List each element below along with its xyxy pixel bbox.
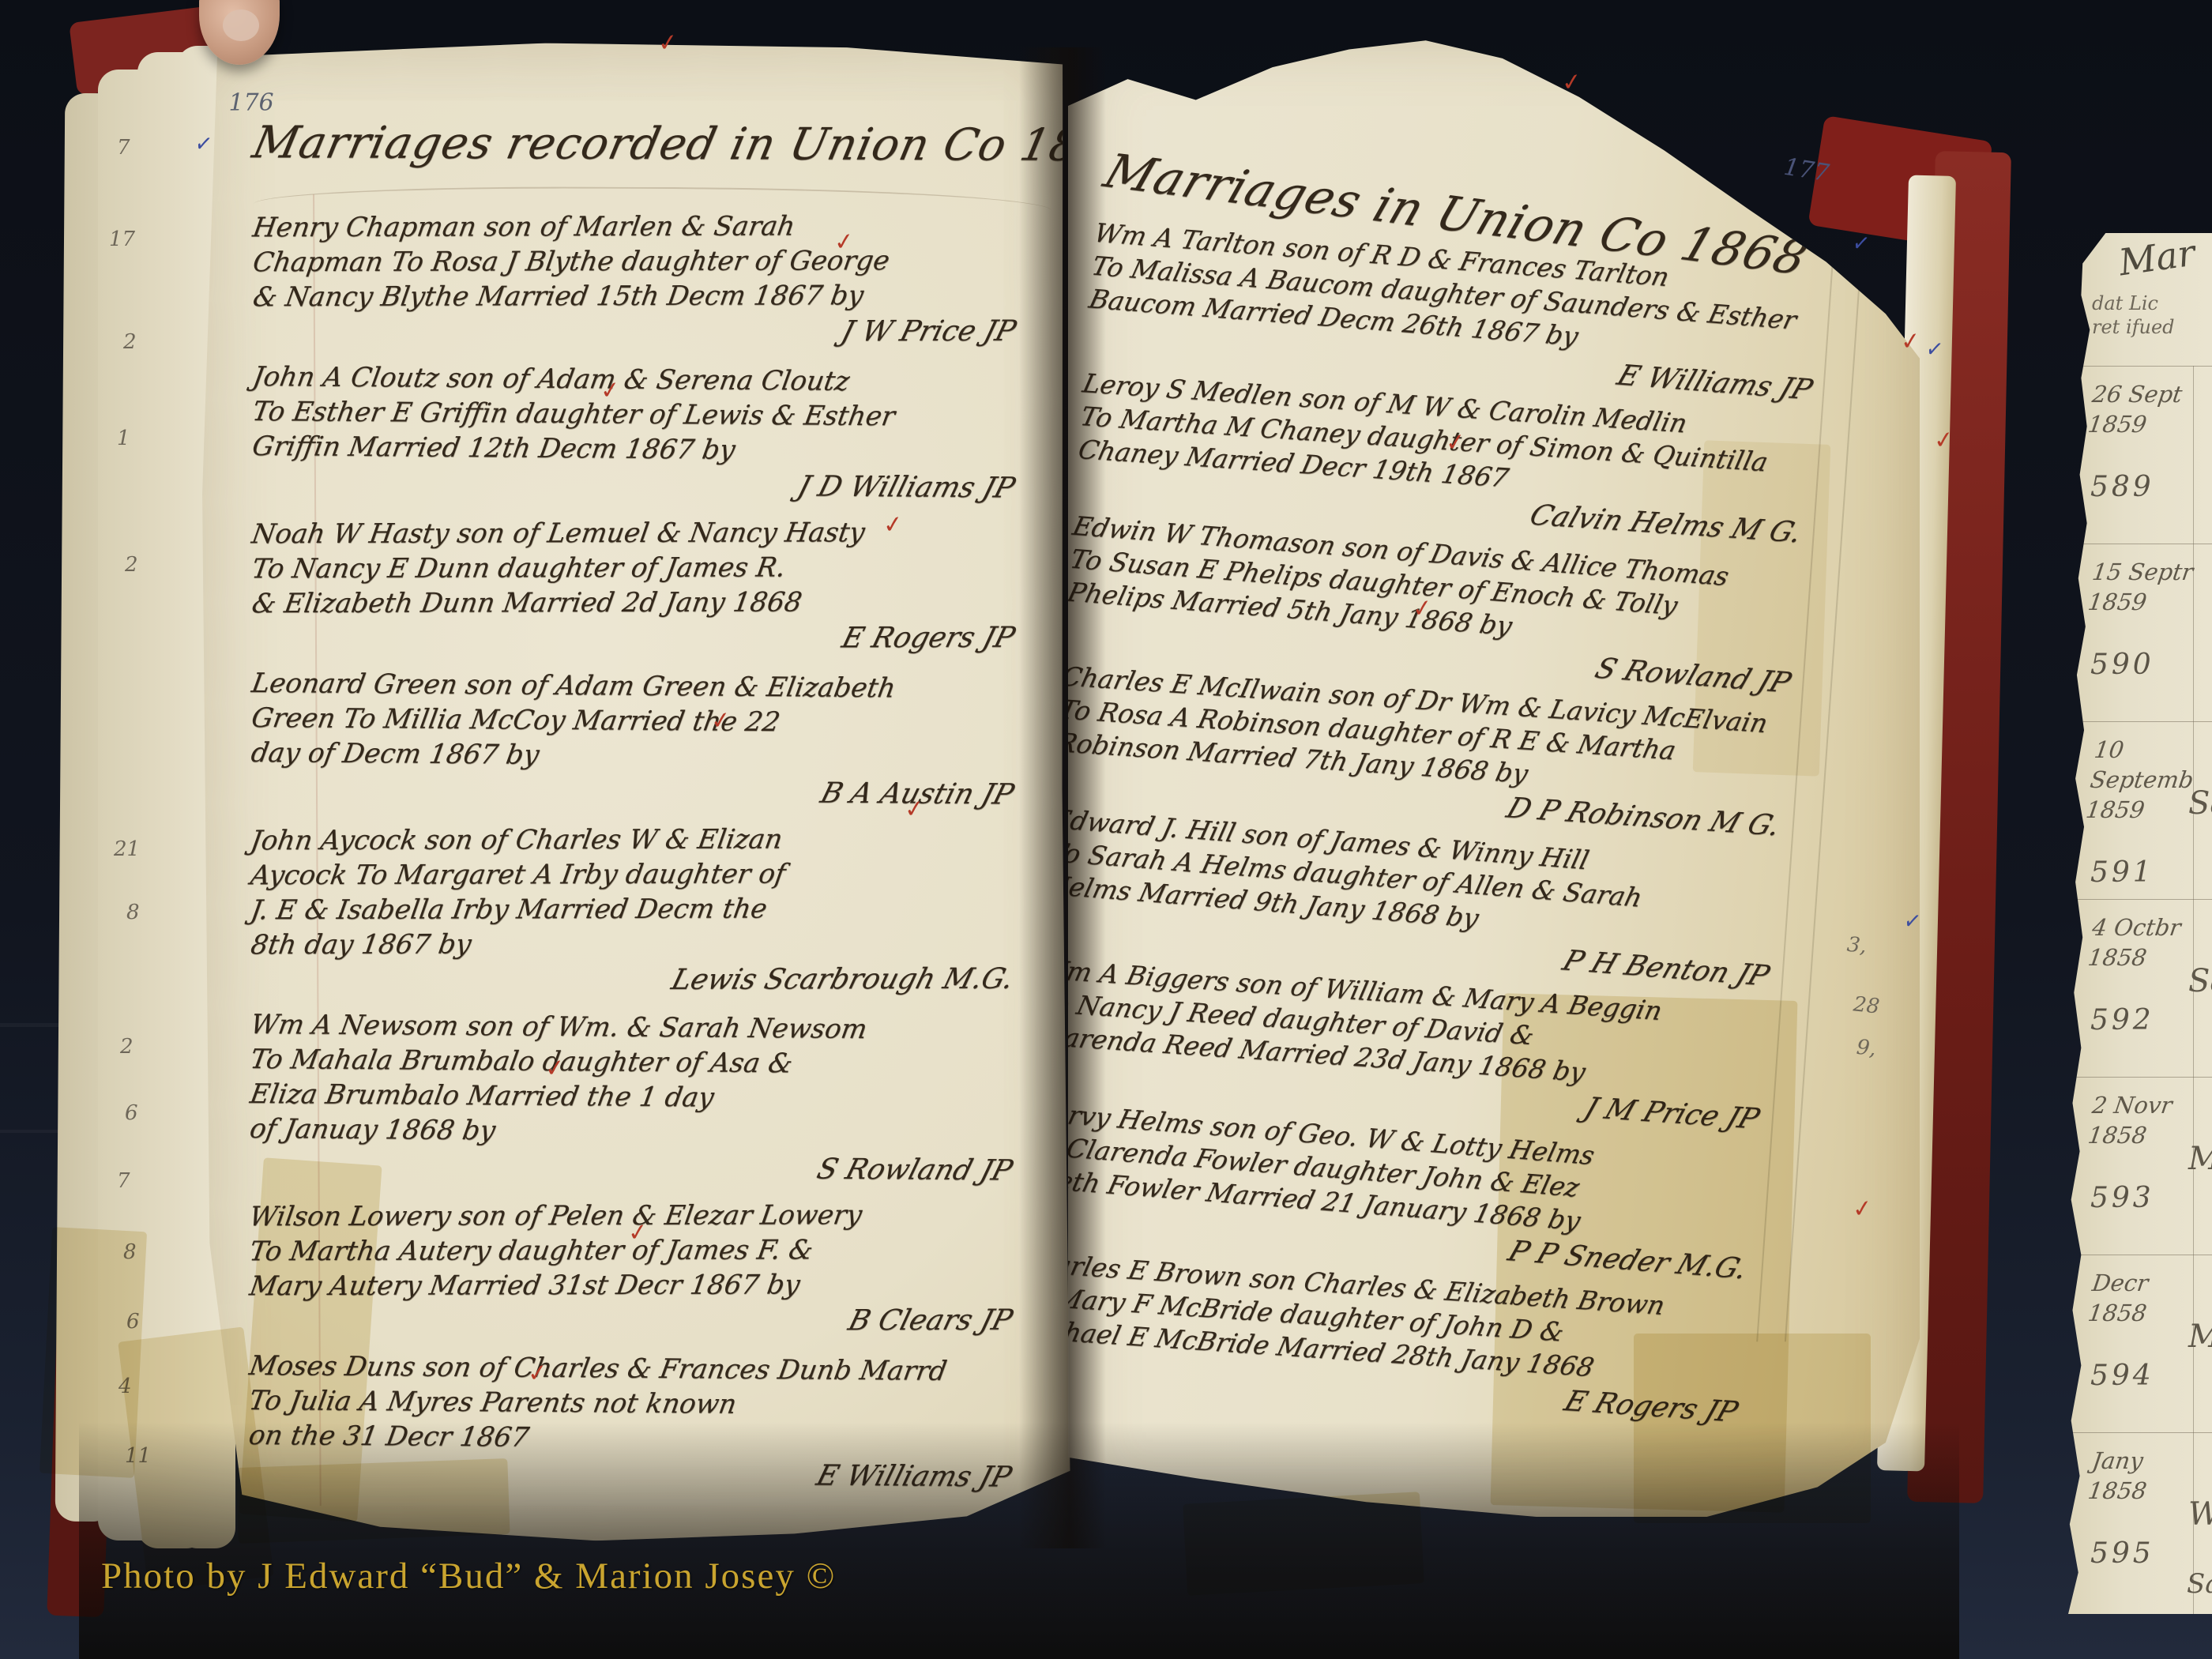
page-number: 177 xyxy=(1782,153,1831,188)
officiant-signature: J W Price JP xyxy=(248,313,1056,353)
entry-line: John Aycock son of Charles W & Elizan xyxy=(248,822,1051,859)
photographer-watermark: Photo by J Edward “Bud” & Marion Josey © xyxy=(101,1555,836,1597)
photo-of-marriage-register: 7 17 2 1 2 21 8 2 6 7 8 6 4 11 176 Marri… xyxy=(0,0,2212,1659)
marriage-entry: Henry Chapman son of Marlen & Sarah Chap… xyxy=(253,209,1051,353)
entry-line: Leonard Green son of Adam Green & Elizab… xyxy=(249,666,1052,707)
margin-pencil-number: 21 xyxy=(114,837,140,861)
margin-pencil-number: 6 xyxy=(125,1101,138,1125)
fragment-row: 15 Septr 1859 590 xyxy=(2068,544,2212,721)
marriage-entry: John Aycock son of Charles W & Elizan Ay… xyxy=(250,822,1049,1001)
fragment-row: 26 Sept 1859 589 xyxy=(2068,366,2212,544)
name-partial: Sarah xyxy=(2187,1568,2212,1600)
tape-repair xyxy=(1634,1334,1871,1523)
fingernail xyxy=(223,9,259,41)
entry-line: Aycock To Margaret A Irby daughter of xyxy=(248,856,1051,893)
entry-line: Wm A Newsom son of Wm. & Sarah Newsom xyxy=(248,1007,1051,1048)
name-partial: Mary xyxy=(2188,1141,2212,1177)
officiant-signature: J D Williams JP xyxy=(247,464,1055,508)
entry-line: To Julia A Myres Parents not known xyxy=(246,1383,1050,1424)
entry-line: To Nancy E Dunn daughter of James R. xyxy=(250,550,1053,587)
margin-pencil-number: 8 xyxy=(126,901,140,924)
name-partial: William xyxy=(2188,1496,2212,1533)
tape-repair xyxy=(39,1227,147,1478)
license-date: 26 Sept 1859 xyxy=(2086,379,2199,439)
entry-line: Noah W Hasty son of Lemuel & Nancy Hasty xyxy=(250,515,1053,552)
officiant-signature: B A Austin JP xyxy=(246,770,1054,814)
edge-note: 9, xyxy=(1856,1036,1878,1061)
entry-line: To Esther E Griffin daughter of Lewis & … xyxy=(250,394,1053,435)
fragment-header-partial: Mar xyxy=(2116,233,2198,284)
license-number: 589 xyxy=(2090,471,2212,503)
margin-pencil-number: 7 xyxy=(117,136,130,160)
license-number: 592 xyxy=(2090,1004,2212,1036)
entry-line: Henry Chapman son of Marlen & Sarah xyxy=(250,209,1054,246)
marriage-entry: Wm A Newsom son of Wm. & Sarah Newsom To… xyxy=(250,1007,1049,1191)
fragment-rows: 26 Sept 1859 589 15 Septr 1859 590 10 Se… xyxy=(2068,366,2212,1610)
margin-pencil-number: 7 xyxy=(117,1169,130,1193)
fragment-row: 2 Novr 1858 593 Mary xyxy=(2068,1077,2212,1255)
license-date: 10 Septemb 1859 xyxy=(2084,735,2201,825)
marriage-entry: John A Cloutz son of Adam & Serena Clout… xyxy=(252,359,1051,508)
license-date: Decr 1858 xyxy=(2086,1268,2199,1328)
entry-line: & Nancy Blythe Married 15th Decm 1867 by xyxy=(250,278,1054,315)
license-number: 595 xyxy=(2090,1537,2212,1570)
entry-line: day of Decm 1867 by xyxy=(249,735,1052,777)
license-number: 594 xyxy=(2090,1360,2212,1392)
entry-line: Griffin Married 12th Decm 1867 by xyxy=(250,429,1053,470)
marriage-entry: Leonard Green son of Adam Green & Elizab… xyxy=(251,666,1050,814)
license-date: Jany 1858 xyxy=(2086,1446,2199,1506)
license-date: 15 Septr 1859 xyxy=(2086,557,2199,617)
fragment-row: 4 Octbr 1858 592 Sam xyxy=(2068,899,2212,1077)
entry-line: & Elizabeth Dunn Married 2d Jany 1868 xyxy=(250,585,1053,622)
tape-repair xyxy=(235,1458,510,1544)
fragment-row: 10 Septemb 1859 591 Sa xyxy=(2068,721,2212,899)
fragment-column-header-line: ret ifued xyxy=(2092,315,2175,339)
fragment-row: Decr 1858 594 Mea xyxy=(2068,1255,2212,1432)
name-partial: Sam xyxy=(2188,963,2212,999)
entry-line: To Mahala Brumbalo daughter of Asa & xyxy=(248,1042,1051,1083)
license-number: 591 xyxy=(2090,856,2212,889)
entry-line: of Januay 1868 by xyxy=(247,1112,1051,1153)
margin-pencil-number: 17 xyxy=(109,228,135,251)
entry-line: 8th day 1867 by xyxy=(248,926,1051,963)
entry-line: Chapman To Rosa J Blythe daughter of Geo… xyxy=(250,243,1054,280)
page-header: Marriages recorded in Union Co 1868 xyxy=(248,117,1057,171)
officiant-signature: Lewis Scarbrough M.G. xyxy=(246,961,1055,1001)
margin-pencil-number: 2 xyxy=(125,553,138,577)
page-number: 176 xyxy=(228,88,273,116)
tape-repair xyxy=(1693,440,1831,776)
entry-line: John A Cloutz son of Adam & Serena Clout… xyxy=(250,359,1054,401)
license-number: 593 xyxy=(2090,1182,2212,1214)
margin-pencil-number: 2 xyxy=(123,330,137,354)
name-partial: Mea xyxy=(2188,1319,2212,1355)
entry-line: J. E & Isabella Irby Married Decm the xyxy=(248,891,1051,928)
license-number: 590 xyxy=(2090,649,2212,681)
tape-repair xyxy=(1183,1492,1424,1596)
fragment-column-header-line: dat Lic xyxy=(2092,292,2175,315)
header-underline xyxy=(254,186,1051,211)
margin-pencil-number: 2 xyxy=(120,1035,134,1059)
marriage-entry: Noah W Hasty son of Lemuel & Nancy Hasty… xyxy=(252,515,1050,660)
officiant-signature: E Rogers JP xyxy=(247,619,1055,660)
entry-line: Green To Millia McCoy Married the 22 xyxy=(249,701,1052,742)
fragment-column-header: dat Lic ret ifued xyxy=(2092,292,2175,339)
license-date: 2 Novr 1858 xyxy=(2086,1090,2199,1150)
license-date: 4 Octbr 1858 xyxy=(2086,912,2199,972)
name-partial: Sa xyxy=(2188,785,2212,822)
edge-note: 28 xyxy=(1853,992,1881,1018)
entry-line: Eliza Brumbalo Married the 1 day xyxy=(247,1077,1051,1118)
book-gutter-shadow xyxy=(1019,47,1106,1548)
edge-note: 3, xyxy=(1846,933,1868,958)
margin-pencil-number: 1 xyxy=(117,427,130,450)
torn-index-page-fragment: Mar dat Lic ret ifued 26 Sept 1859 589 1… xyxy=(2068,233,2212,1614)
check-mark: ✓ xyxy=(1851,231,1872,258)
